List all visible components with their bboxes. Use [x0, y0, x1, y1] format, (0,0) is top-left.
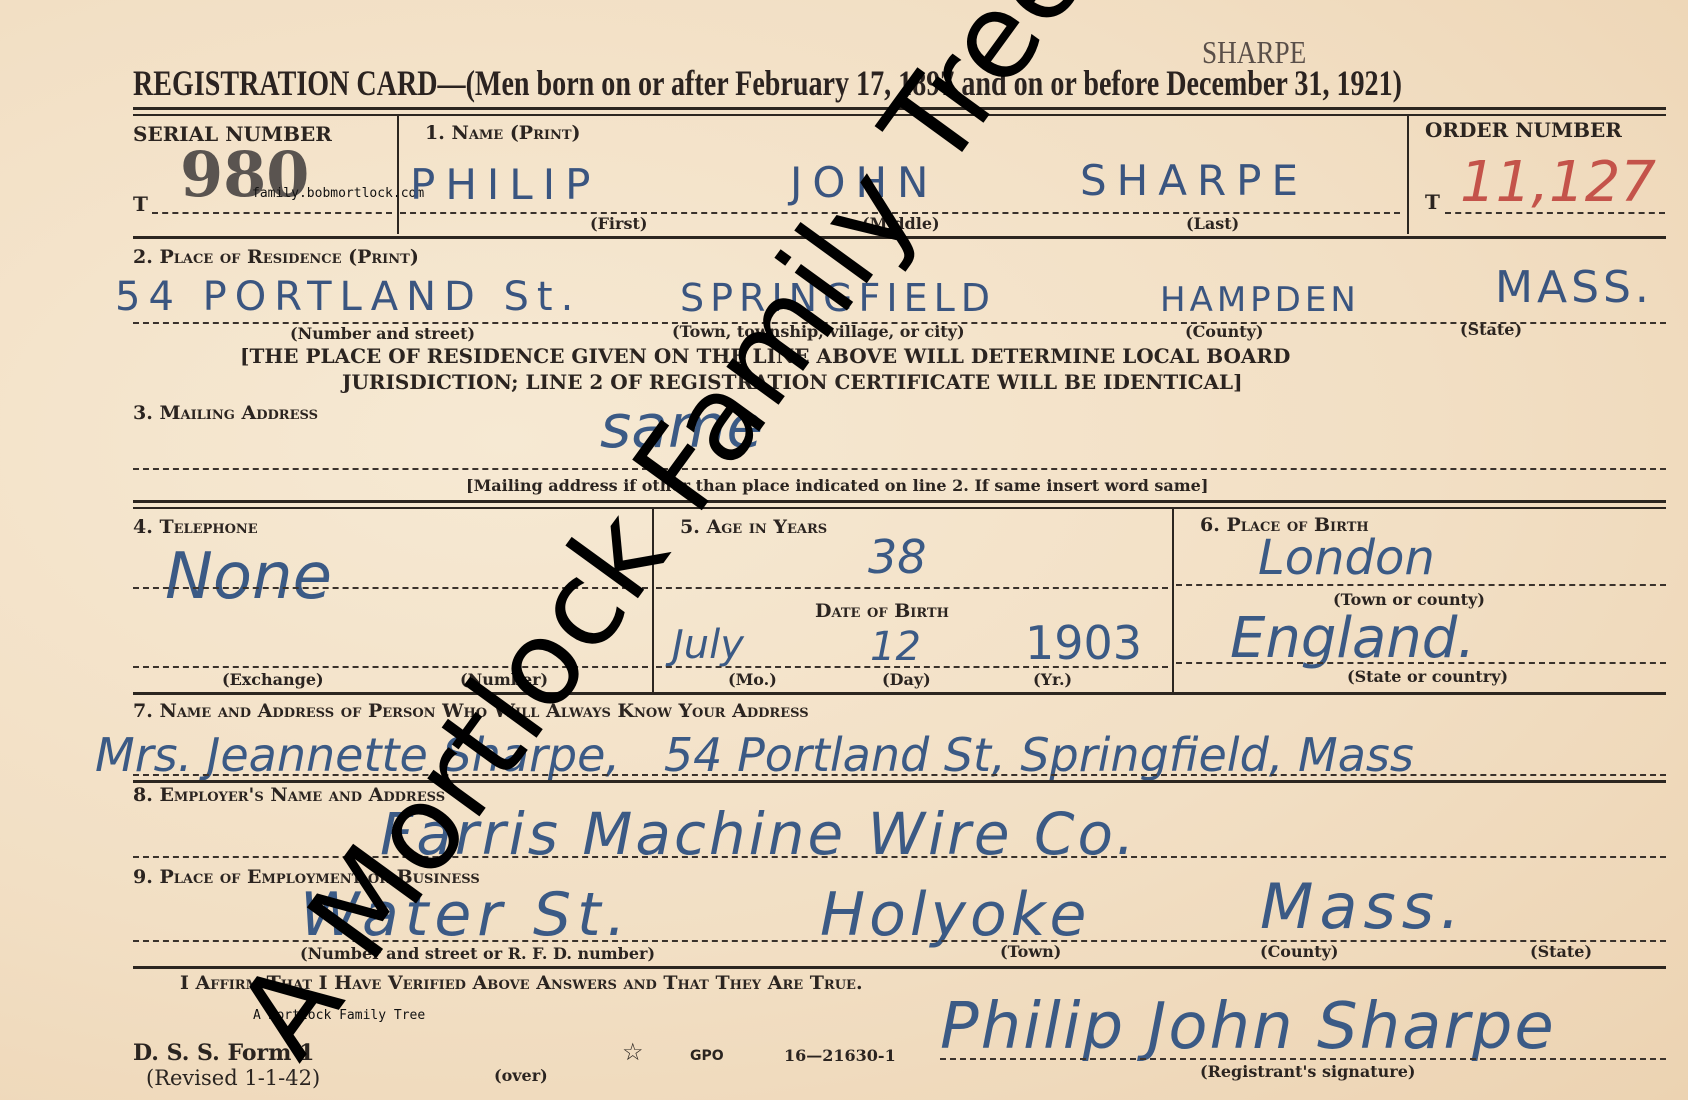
age-line: [656, 587, 1168, 589]
rule: [133, 780, 1666, 783]
employment-county-caption: (County): [1260, 942, 1339, 961]
street-caption: (Number and street): [290, 324, 475, 343]
residence-state: MASS.: [1495, 262, 1653, 313]
year-caption: (Yr.): [1033, 670, 1072, 689]
gpo-code: 16—21630-1: [784, 1046, 896, 1065]
residence-county: HAMPDEN: [1160, 280, 1360, 320]
order-label: ORDER NUMBER: [1425, 118, 1622, 142]
mailing-label: 3. Mailing Address: [133, 402, 318, 424]
contact-line: [133, 774, 1666, 776]
dob-line: [656, 666, 1168, 668]
name-label: 1. Name (Print): [425, 122, 581, 144]
day-caption: (Day): [882, 670, 931, 689]
residence-street: 54 PORTLAND St.: [115, 274, 581, 320]
signature: Philip John Sharpe: [940, 990, 1556, 1064]
name-first: PHILIP: [410, 160, 600, 209]
state-caption: (State): [1460, 320, 1522, 339]
dob-day: 12: [870, 624, 921, 670]
mailing-line: [133, 468, 1666, 470]
birthplace-line-2: [1176, 662, 1666, 664]
over-note: (over): [494, 1066, 548, 1085]
birthplace-country-caption: (State or country): [1347, 667, 1508, 686]
name-last: SHARPE: [1080, 156, 1308, 205]
serial-line: [152, 212, 392, 214]
employment-state-caption: (State): [1530, 942, 1592, 961]
dob-month: July: [672, 622, 744, 668]
birthplace-line-1: [1176, 584, 1666, 586]
age-value: 38: [868, 530, 927, 584]
dob-label: Date of Birth: [815, 600, 949, 622]
telephone-label: 4. Telephone: [133, 516, 258, 538]
birthplace-town: London: [1258, 530, 1435, 586]
first-caption: (First): [590, 214, 647, 233]
last-caption: (Last): [1186, 214, 1239, 233]
rule: [133, 507, 1666, 509]
registration-card: REGISTRATION CARD—(Men born on or after …: [0, 0, 1688, 1100]
serial-prefix: T: [133, 192, 148, 216]
employment-town-caption: (Town): [1000, 942, 1061, 961]
month-caption: (Mo.): [728, 670, 777, 689]
rule: [133, 500, 1666, 503]
order-value: 11,127: [1460, 150, 1656, 215]
divider: [1172, 508, 1174, 692]
rule: [133, 692, 1666, 695]
form-revised: (Revised 1-1-42): [146, 1066, 320, 1090]
dob-year: 1903: [1025, 616, 1142, 670]
county-caption: (County): [1185, 322, 1264, 341]
order-prefix: T: [1425, 190, 1440, 214]
gpo-mark: GPO: [690, 1048, 724, 1064]
employment-county: Mass.: [1260, 870, 1466, 943]
star-icon: ☆: [622, 1038, 644, 1066]
residence-label: 2. Place of Residence (Print): [133, 246, 419, 268]
telephone-value: None: [165, 540, 332, 614]
exchange-caption: (Exchange): [222, 670, 324, 689]
surname-stamp: SHARPE: [1202, 34, 1306, 71]
divider: [397, 114, 399, 234]
signature-line: [940, 1058, 1666, 1060]
divider: [1407, 114, 1409, 234]
signature-caption: (Registrant's signature): [1200, 1062, 1415, 1081]
